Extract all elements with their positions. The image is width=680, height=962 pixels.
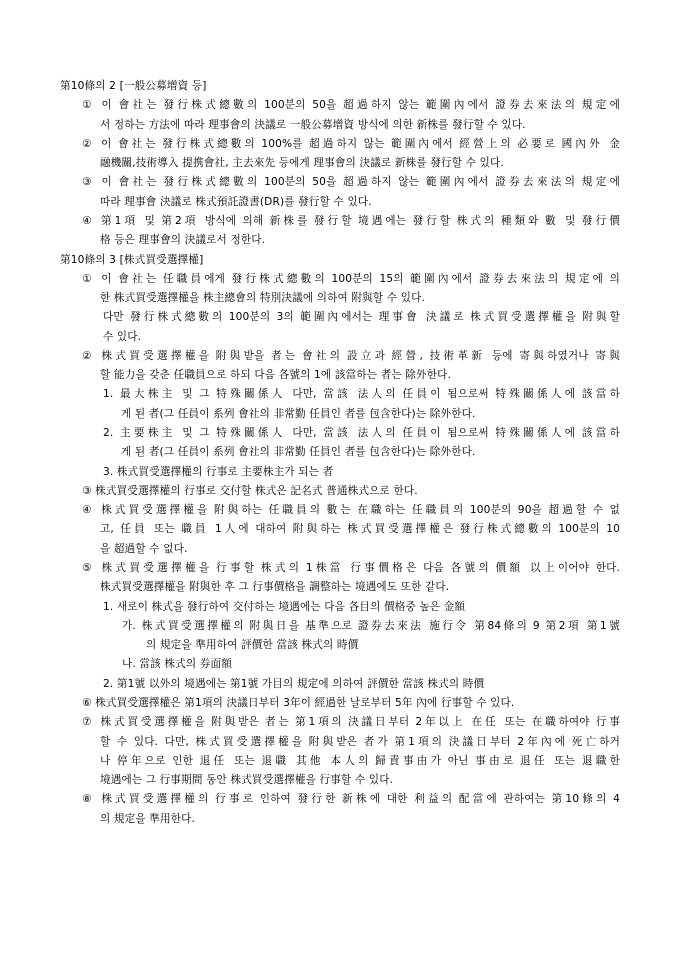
continuation-line: 따라 理事會 決議로 株式預託證書(DR)를 發行할 수 있다.	[100, 195, 372, 209]
continuation-line: 게 된 者(그 任員이 系列 會社의 非常勤 任員인 者를 包含한다)는 除外한…	[121, 407, 476, 421]
continuation-line: 의 規定을 準用한다.	[100, 812, 195, 826]
numbered-item-line: 1. 最大株主 및 그 特殊關係人 다만, 當該 法人의 任員이 됨으로써 特殊…	[103, 387, 620, 401]
section-heading: 第10條의 3 [株式買受選擇權]	[60, 253, 203, 267]
numbered-item-line: 2. 主要株主 및 그 特殊關係人 다만, 當該 法人의 任員이 됨으로써 特殊…	[103, 426, 620, 440]
numbered-item-line: 3. 株式買受選擇權의 行事로 主要株主가 되는 者	[103, 465, 333, 479]
clause-line: ④ 株式買受選擇權을 附與하는 任職員의 數는 在職하는 任職員의 100분의 …	[82, 503, 620, 517]
continuation-line: 할 能力을 갖춘 任職員으로 하되 다음 各號의 1에 該當하는 者는 除外한다…	[100, 368, 451, 382]
continuation-line: 한 株式買受選擇權을 株主總會의 特別決議에 의하여 附與할 수 있다.	[100, 291, 425, 305]
document-page: 第10條의 2 [一般公募增資 등]① 이 會社는 發行株式總數의 100분의 …	[0, 0, 680, 962]
continuation-line: 수 있다.	[103, 330, 141, 344]
section-heading: 第10條의 2 [一般公募增資 등]	[60, 79, 207, 93]
sub-item-line: 나. 當該 株式의 券面額	[122, 657, 232, 671]
continuation-line: 할 수 있다. 다만, 株式買受選擇權을 附與받은 者가 第1項의 決議日부터 …	[100, 735, 620, 749]
clause-line: ③ 이 會社는 發行株式總數의 100분의 50을 超過하지 않는 範圍內에서 …	[82, 175, 620, 189]
sub-item-line: 가. 株式買受選擇權의 附與日을 基準으로 證券去來法 施行令 第84條의 9 …	[122, 619, 620, 633]
clause-line: ⑧ 株式買受選擇權의 行事로 인하여 發行한 新株에 대한 利益의 配當에 관하…	[82, 792, 620, 806]
continuation-line: 게 된 者(그 任員이 系列 會社의 非常勤 任員인 者를 包含한다)는 除外한…	[121, 445, 476, 459]
continuation-line: 格 등은 理事會의 決議로서 정한다.	[100, 233, 265, 247]
numbered-item-line: 2. 第1號 以外의 境遇에는 第1號 가目의 規定에 의하여 評價한 當該 株…	[103, 677, 484, 691]
clause-line: ⑦ 株式買受選擇權을 附與받은 者는 第1項의 決議日부터 2年以上 在任 또는…	[82, 715, 620, 729]
numbered-item-line: 1. 새로이 株式을 發行하여 交付하는 境遇에는 다음 各目의 價格중 높은 …	[103, 600, 465, 614]
continuation-line: 고, 任員 또는 職員 1人에 대하여 附與하는 株式買受選擇權은 發行株式總數…	[100, 522, 620, 536]
clause-line: ⑤ 株式買受選擇權을 行事할 株式의 1株當 行事價格은 다음 各號의 價額 以…	[82, 561, 620, 575]
continuation-line: 다만 發行株式總數의 100분의 3의 範圍內에서는 理事會 決議로 株式買受選…	[103, 310, 620, 324]
clause-line: ② 이 會社는 發行株式總數의 100%를 超過하지 않는 範圍內에서 經營上의…	[82, 137, 620, 151]
clause-line: ① 이 會社는 任職員에게 發行株式總數의 100분의 15의 範圍內에서 證券…	[82, 272, 620, 286]
clause-line: ④ 第1項 및 第2項 방식에 의해 新株를 發行할 境遇에는 發行할 株式의 …	[82, 214, 620, 228]
continuation-line: 서 정하는 方法에 따라 理事會의 決議로 一般公募增資 방식에 의한 新株를 …	[100, 118, 526, 132]
clause-line: ① 이 會社는 發行株式總數의 100분의 50을 超過하지 않는 範圍內에서 …	[82, 98, 620, 112]
continuation-line: 의 規定을 準用하여 評價한 當該 株式의 時價	[146, 638, 358, 652]
continuation-line: 株式買受選擇權을 附與한 후 그 行事價格을 調整하는 境遇에도 또한 같다.	[100, 580, 449, 594]
continuation-line: 境遇에는 그 行事期間 동안 株式買受選擇權을 行事할 수 있다.	[100, 773, 393, 787]
continuation-line: 나 停年으로 인한 退任 또는 退職 其他 本人의 歸責事由가 아닌 事由로 退…	[100, 754, 620, 768]
clause-line: ③ 株式買受選擇權의 行事로 交付할 株式은 記名式 普通株式으로 한다.	[82, 484, 418, 498]
clause-line: ② 株式買受選擇權을 附與받을 者는 會社의 設立과 經營, 技術革新 등에 寄…	[82, 349, 620, 363]
continuation-line: 을 超過할 수 없다.	[100, 542, 187, 556]
clause-line: ⑥ 株式買受選擇權은 第1項의 決議日부터 3年이 經過한 날로부터 5年 內에…	[82, 696, 514, 710]
continuation-line: 融機關,技術導入 提携會社, 主去來先 등에게 理事會의 決議로 新株를 發行할…	[100, 156, 504, 170]
